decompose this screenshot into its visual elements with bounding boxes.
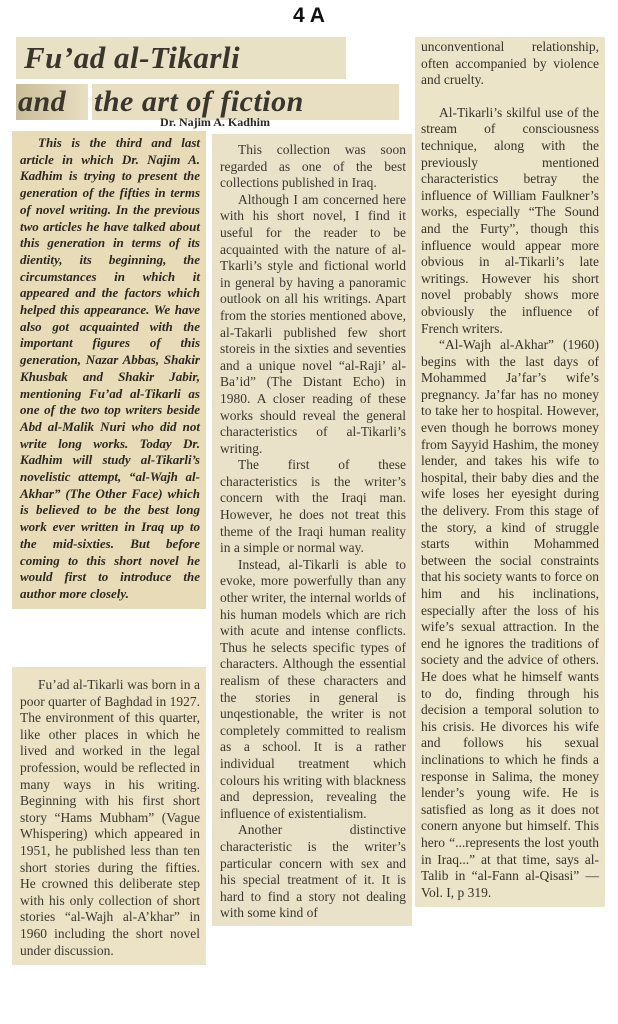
article-column-3: unconventional relationship, often accom… xyxy=(415,37,605,907)
paragraph: Another distinctive characteristic is th… xyxy=(220,822,406,922)
article-column-1: Fu’ad al-Tikarli was born in a poor quar… xyxy=(12,667,206,965)
headline-line-2-part-1: and xyxy=(16,84,88,120)
paragraph: Although I am concerned here with his sh… xyxy=(220,192,406,458)
intro-paragraph: This is the third and last article in wh… xyxy=(20,135,200,603)
column-gap xyxy=(421,89,599,105)
byline: Dr. Najim A. Kadhim xyxy=(140,115,290,130)
headline-line-1: Fu’ad al-Tikarli xyxy=(16,37,346,79)
intro-standfirst: This is the third and last article in wh… xyxy=(12,131,206,609)
paragraph: The first of these characteristics is th… xyxy=(220,457,406,557)
paragraph: This collection was soon regarded as one… xyxy=(220,142,406,192)
paragraph: unconventional relationship, often accom… xyxy=(421,39,599,89)
paragraph: Al-Tikarli’s skilful use of the stream o… xyxy=(421,105,599,337)
article-column-2: This collection was soon regarded as one… xyxy=(212,134,412,926)
page-number: 4 A xyxy=(0,4,618,28)
paragraph: Instead, al-Tikarli is able to evoke, mo… xyxy=(220,557,406,823)
paragraph: Fu’ad al-Tikarli was born in a poor quar… xyxy=(20,677,200,959)
paragraph: “Al-Wajh al-Akhar” (1960) begins with th… xyxy=(421,337,599,901)
